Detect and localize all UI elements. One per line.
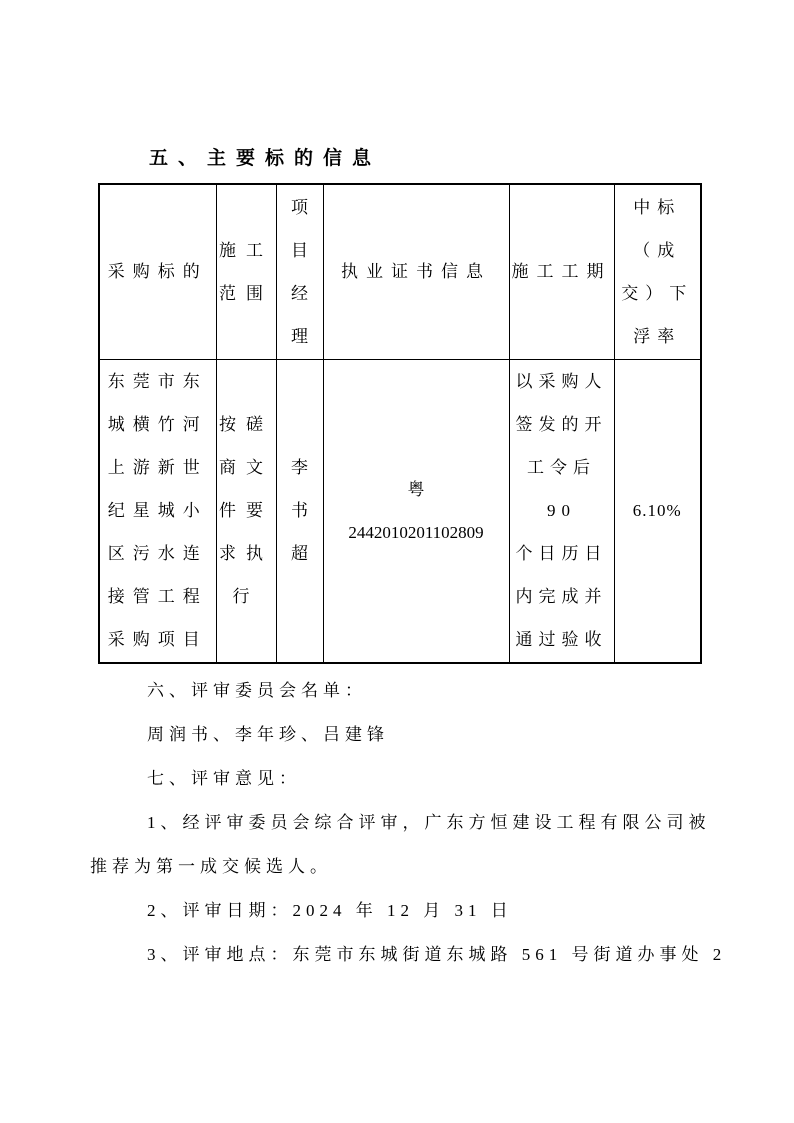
opinion-item-1: 1、经评审委员会综合评审，广东方恒建设工程有限公司被 推荐为第一成交候选人。 [90,801,706,889]
header-discount-rate: 中标 （成 交）下 浮率 [614,184,701,359]
cell-certificate-info: 粤 2442010201102809 [323,359,509,663]
header-certificate-info: 执业证书信息 [323,184,509,359]
cell-construction-period: 以采购人 签发的开 工令后 90 个日历日 内完成并 通过验收 [509,359,614,663]
committee-names: 周润书、李年珍、吕建锋 [90,713,706,757]
table-row: 东莞市东 城横竹河 上游新世 纪星城小 区污水连 接管工程 采购项目 按磋 商文… [99,359,701,663]
section-7-heading: 七、评审意见： [90,757,706,801]
section-6-heading: 六、评审委员会名单： [90,669,706,713]
header-construction-scope: 施工 范围 [216,184,276,359]
cell-construction-scope: 按磋 商文 件要 求执 行 [216,359,276,663]
document-page: 五、主要标的信息 采购标的 施工 范围 项 目 经 理 执业证书信息 施工工期 … [0,0,794,1123]
section-5-heading: 五、主要标的信息 [149,146,706,171]
bid-info-table: 采购标的 施工 范围 项 目 经 理 执业证书信息 施工工期 中标 （成 交）下… [98,183,702,664]
cell-procurement-subject: 东莞市东 城横竹河 上游新世 纪星城小 区污水连 接管工程 采购项目 [99,359,216,663]
opinion-item-2: 2、评审日期：2024 年 12 月 31 日 [90,889,706,933]
table-header-row: 采购标的 施工 范围 项 目 经 理 执业证书信息 施工工期 中标 （成 交）下… [99,184,701,359]
cell-discount-rate: 6.10% [614,359,701,663]
opinion-item-3: 3、评审地点：东莞市东城街道东城路 561 号街道办事处 2 [90,933,706,977]
cell-project-manager: 李 书 超 [276,359,323,663]
header-project-manager: 项 目 经 理 [276,184,323,359]
header-construction-period: 施工工期 [509,184,614,359]
header-procurement-subject: 采购标的 [99,184,216,359]
